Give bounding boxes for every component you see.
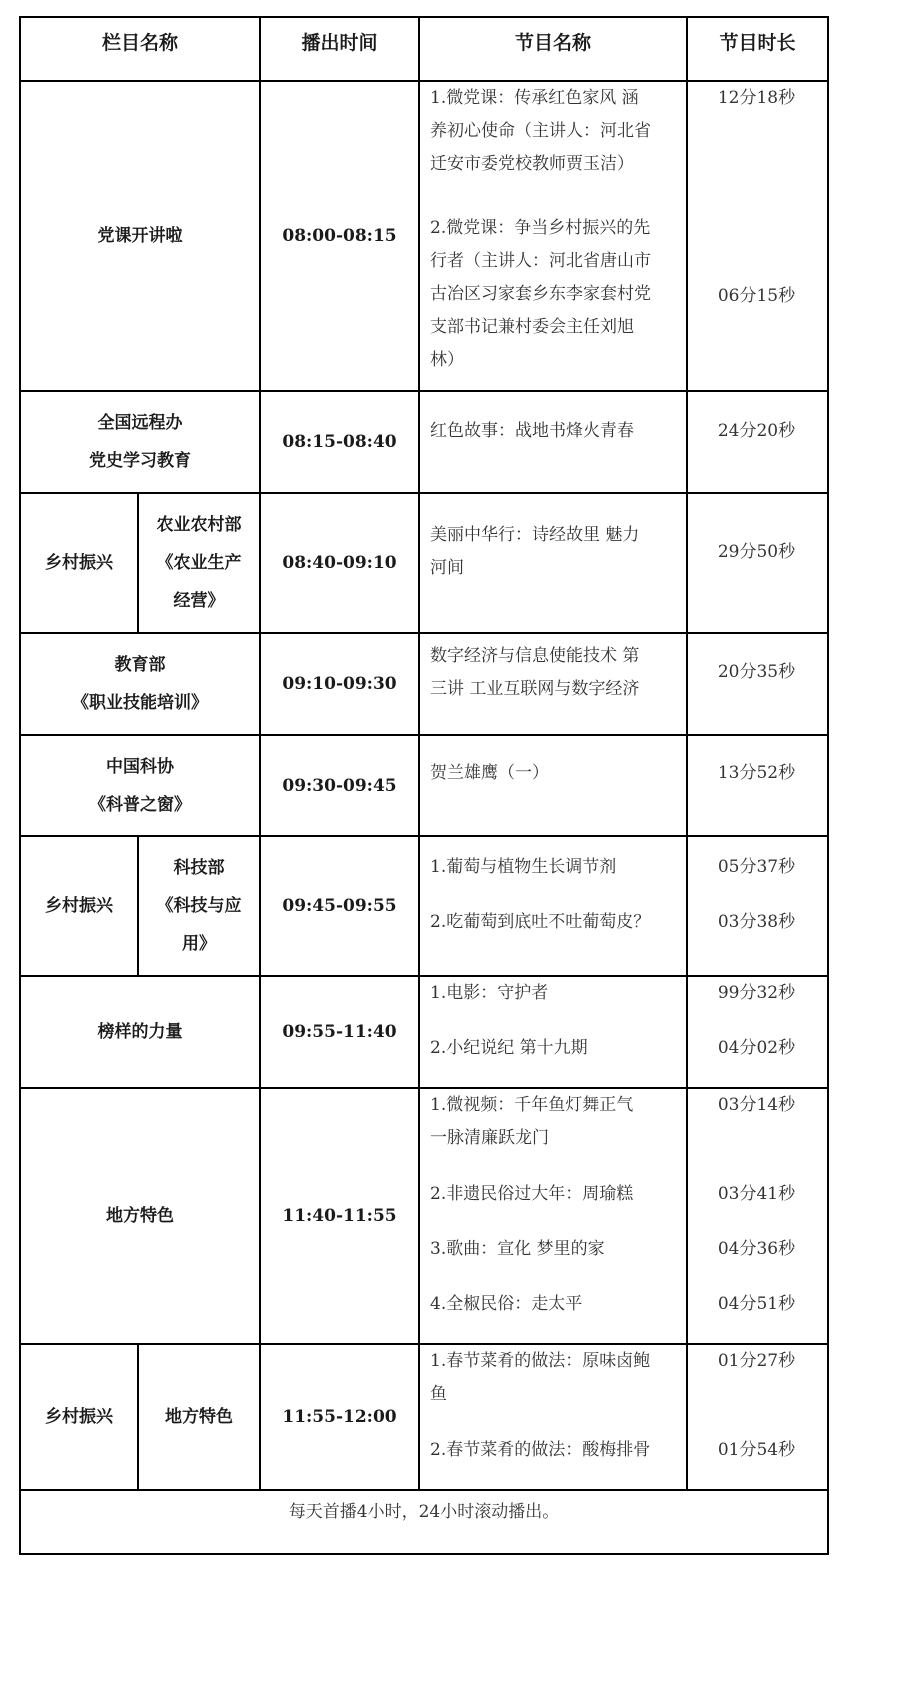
row-air-time: 11:55-12:00 (259, 1343, 420, 1491)
air-time-text: 08:00-08:15 (282, 217, 396, 255)
program-line: 行者（主讲人：河北省唐山市 (430, 245, 651, 278)
row-column-name: 乡村振兴 (19, 1343, 139, 1491)
program-title: 红色故事：战地书烽火青春 (430, 415, 634, 448)
program-title: 数字经济与信息使能技术 第 三讲 工业互联网与数字经济 (430, 640, 639, 706)
sub-column-text: 《农业生产 (157, 544, 242, 582)
row-sub-column-name: 科技部 《科技与应 用》 (137, 835, 261, 977)
program-duration: 29分50秒 (686, 536, 827, 569)
column-name-text: 《职业技能培训》 (72, 684, 208, 722)
program-line: 1.葡萄与植物生长调节剂 (430, 851, 616, 884)
column-name-text: 全国远程办 (98, 404, 183, 442)
program-duration: 12分18秒 (686, 82, 827, 115)
row-air-time: 09:55-11:40 (259, 975, 420, 1089)
header-column-name: 栏目名称 (19, 16, 261, 82)
program-line: 古冶区习家套乡东李家套村党 (430, 278, 651, 311)
program-title: 2.吃葡萄到底吐不吐葡萄皮？ (430, 906, 650, 939)
footer-note-cell: 每天首播4小时，24小时滚动播出。 (19, 1489, 829, 1555)
program-line: 鱼 (430, 1378, 650, 1411)
program-line: 红色故事：战地书烽火青春 (430, 415, 634, 448)
program-line: 林） (430, 344, 651, 377)
air-time-text: 08:15-08:40 (282, 423, 396, 461)
row-column-name: 乡村振兴 (19, 835, 139, 977)
program-title: 4.全椒民俗：走太平 (430, 1288, 582, 1321)
program-duration: 20分35秒 (686, 656, 827, 689)
air-time-text: 09:55-11:40 (282, 1013, 396, 1051)
program-duration: 13分52秒 (686, 757, 827, 790)
sub-column-text: 用》 (182, 925, 216, 963)
program-duration: 04分02秒 (686, 1032, 827, 1065)
header-label: 节目名称 (515, 24, 591, 62)
program-title: 1.葡萄与植物生长调节剂 (430, 851, 616, 884)
program-line: 支部书记兼村委会主任刘旭 (430, 311, 651, 344)
program-line: 1.微视频：千年鱼灯舞正气 (430, 1089, 633, 1122)
row-column-name: 全国远程办 党史学习教育 (19, 390, 261, 494)
row-air-time: 08:00-08:15 (259, 80, 420, 392)
row-air-time: 09:45-09:55 (259, 835, 420, 977)
column-name-text: 榜样的力量 (98, 1013, 183, 1051)
program-line: 2.春节菜肴的做法：酸梅排骨 (430, 1434, 650, 1467)
row-air-time: 09:30-09:45 (259, 734, 420, 837)
row-column-name: 党课开讲啦 (19, 80, 261, 392)
sub-column-text: 农业农村部 (157, 506, 242, 544)
program-line: 养初心使命（主讲人：河北省 (430, 115, 651, 148)
program-duration: 24分20秒 (686, 415, 827, 448)
column-name-text: 乡村振兴 (45, 887, 113, 925)
sub-column-text: 科技部 (174, 849, 225, 887)
program-line: 2.微党课：争当乡村振兴的先 (430, 212, 651, 245)
program-title: 1.微视频：千年鱼灯舞正气 一脉清廉跃龙门 (430, 1089, 633, 1155)
program-duration: 01分54秒 (686, 1434, 827, 1467)
sub-column-text: 地方特色 (165, 1398, 233, 1436)
program-title: 1.微党课：传承红色家风 涵 养初心使命（主讲人：河北省 迁安市委党校教师贾玉洁… (430, 82, 651, 181)
program-duration: 04分36秒 (686, 1233, 827, 1266)
program-title: 1.电影：守护者 (430, 977, 548, 1010)
header-program-name: 节目名称 (418, 16, 688, 82)
program-line: 数字经济与信息使能技术 第 (430, 640, 639, 673)
row-column-name: 榜样的力量 (19, 975, 261, 1089)
program-title: 3.歌曲：宣化 梦里的家 (430, 1233, 605, 1266)
column-name-text: 乡村振兴 (45, 544, 113, 582)
column-name-text: 《科普之窗》 (89, 786, 191, 824)
program-duration: 03分41秒 (686, 1178, 827, 1211)
program-line: 2.吃葡萄到底吐不吐葡萄皮？ (430, 906, 650, 939)
column-name-text: 教育部 (115, 646, 166, 684)
program-line: 1.微党课：传承红色家风 涵 (430, 82, 651, 115)
program-line: 4.全椒民俗：走太平 (430, 1288, 582, 1321)
row-duration-cell (686, 80, 829, 392)
row-column-name: 教育部 《职业技能培训》 (19, 632, 261, 736)
air-time-text: 09:10-09:30 (282, 665, 396, 703)
air-time-text: 11:40-11:55 (282, 1197, 396, 1235)
program-line: 3.歌曲：宣化 梦里的家 (430, 1233, 605, 1266)
sub-column-text: 经营》 (174, 582, 225, 620)
air-time-text: 11:55-12:00 (282, 1398, 396, 1436)
schedule-page: 栏目名称 播出时间 节目名称 节目时长 党课开讲啦 08:00-08:15 1.… (0, 0, 921, 1701)
program-line: 1.春节菜肴的做法：原味卤鲍 (430, 1345, 650, 1378)
column-name-text: 地方特色 (106, 1197, 174, 1235)
header-label: 节目时长 (719, 24, 795, 62)
row-air-time: 11:40-11:55 (259, 1087, 420, 1345)
header-label: 栏目名称 (102, 24, 178, 62)
sub-column-text: 《科技与应 (157, 887, 242, 925)
program-duration: 03分14秒 (686, 1089, 827, 1122)
program-duration: 99分32秒 (686, 977, 827, 1010)
row-air-time: 08:40-09:10 (259, 492, 420, 634)
program-duration: 03分38秒 (686, 906, 827, 939)
footer-note: 每天首播4小时，24小时滚动播出。 (289, 1493, 559, 1531)
program-line: 1.电影：守护者 (430, 977, 548, 1010)
column-name-text: 党史学习教育 (89, 442, 191, 480)
program-line: 2.非遗民俗过大年：周瑜糕 (430, 1178, 633, 1211)
program-line: 一脉清廉跃龙门 (430, 1122, 633, 1155)
program-duration: 04分51秒 (686, 1288, 827, 1321)
program-title: 2.微党课：争当乡村振兴的先 行者（主讲人：河北省唐山市 古冶区习家套乡东李家套… (430, 212, 651, 377)
air-time-text: 09:30-09:45 (282, 767, 396, 805)
program-line: 美丽中华行：诗经故里 魅力 (430, 519, 639, 552)
row-air-time: 08:15-08:40 (259, 390, 420, 494)
program-title: 1.春节菜肴的做法：原味卤鲍 鱼 (430, 1345, 650, 1411)
row-column-name: 乡村振兴 (19, 492, 139, 634)
header-air-time: 播出时间 (259, 16, 420, 82)
column-name-text: 中国科协 (106, 748, 174, 786)
row-sub-column-name: 农业农村部 《农业生产 经营》 (137, 492, 261, 634)
column-name-text: 党课开讲啦 (98, 217, 183, 255)
program-line: 贺兰雄鹰（一） (430, 757, 549, 790)
program-title: 美丽中华行：诗经故里 魅力 河间 (430, 519, 639, 585)
column-name-text: 乡村振兴 (45, 1398, 113, 1436)
program-duration: 06分15秒 (686, 280, 827, 313)
air-time-text: 08:40-09:10 (282, 544, 396, 582)
program-title: 2.小纪说纪 第十九期 (430, 1032, 588, 1065)
row-air-time: 09:10-09:30 (259, 632, 420, 736)
header-label: 播出时间 (301, 24, 377, 62)
program-duration: 01分27秒 (686, 1345, 827, 1378)
row-column-name: 地方特色 (19, 1087, 261, 1345)
row-sub-column-name: 地方特色 (137, 1343, 261, 1491)
program-line: 河间 (430, 552, 639, 585)
program-title: 贺兰雄鹰（一） (430, 757, 549, 790)
program-line: 三讲 工业互联网与数字经济 (430, 673, 639, 706)
air-time-text: 09:45-09:55 (282, 887, 396, 925)
program-line: 迁安市委党校教师贾玉洁） (430, 148, 651, 181)
header-duration: 节目时长 (686, 16, 829, 82)
program-line: 2.小纪说纪 第十九期 (430, 1032, 588, 1065)
program-duration: 05分37秒 (686, 851, 827, 884)
program-title: 2.非遗民俗过大年：周瑜糕 (430, 1178, 633, 1211)
program-title: 2.春节菜肴的做法：酸梅排骨 (430, 1434, 650, 1467)
row-column-name: 中国科协 《科普之窗》 (19, 734, 261, 837)
